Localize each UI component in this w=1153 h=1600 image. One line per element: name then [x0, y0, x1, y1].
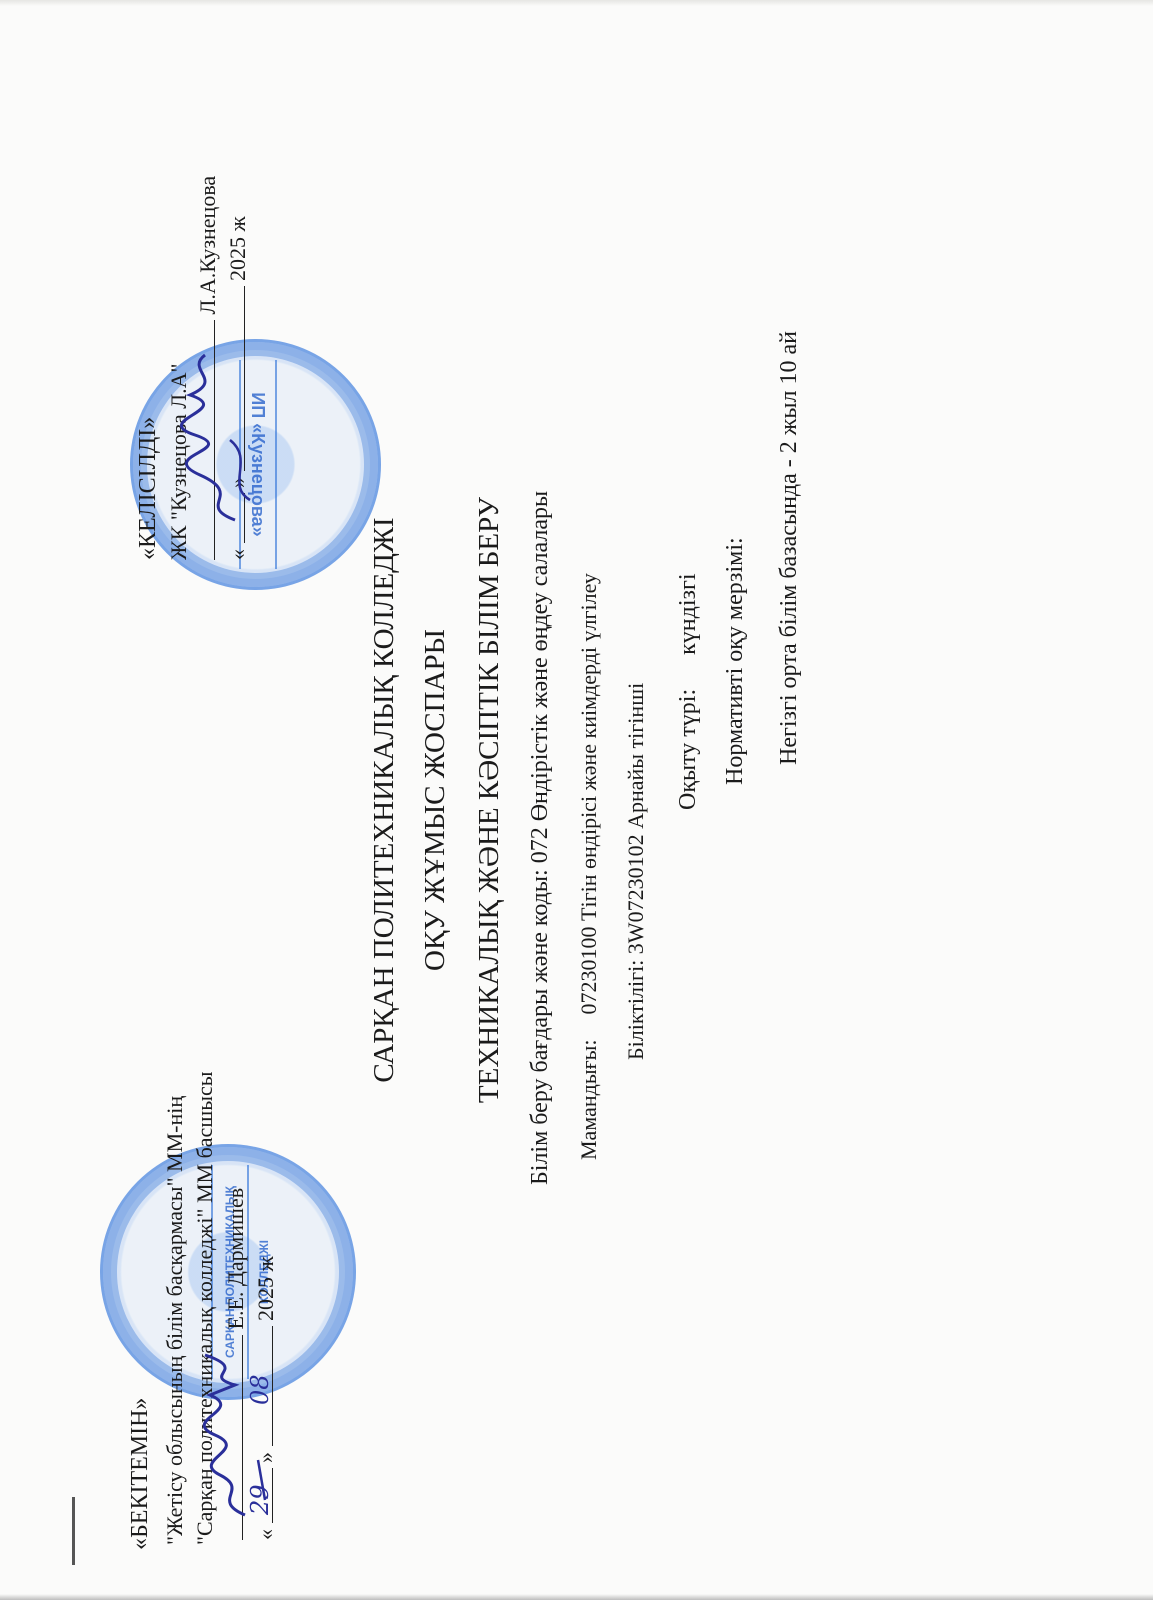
qualification-line: Біліктілігі: 3W07230102 Арнайы тігінші: [625, 683, 647, 1060]
study-form-label: Оқыту түрі:: [675, 689, 701, 810]
scanned-page: САРҚАН ПОЛИТЕХНИКАЛЫҚ КОЛЛЕДЖІ ИП «Кузне…: [0, 0, 1153, 1600]
approval-signatory: Е.Е. Дармишев: [223, 1188, 248, 1330]
handwritten-day: 29: [246, 1484, 274, 1516]
qualification-value: 3W07230102 Арнайы тігінші: [623, 683, 648, 954]
agreement-signature-icon: [165, 330, 255, 530]
study-form-value: күндізгі: [675, 574, 701, 655]
duration-label: Нормативті оқу мерзімі:: [723, 537, 747, 785]
specialty-label: Мамандығы:: [576, 1039, 601, 1160]
specialty-value: 07230100 Тігін өндірісі және киімдерді ү…: [576, 573, 601, 1014]
date-year: 2025 ж: [225, 216, 250, 281]
handwritten-month: 08: [246, 1374, 274, 1405]
program-value: 072 Өндірістік және өңдеу салалары: [527, 491, 553, 863]
date-year: 2025 ж: [253, 1256, 278, 1321]
qualification-label: Біліктілігі:: [623, 960, 648, 1060]
date-open-quote: «: [253, 1529, 278, 1540]
approval-heading: «БЕКІТЕМІН»: [128, 1398, 152, 1550]
education-level-title: ТЕХНИКАЛЫҚ ЖӘНЕ КӘСІПТІК БІЛІМ БЕРУ: [475, 0, 504, 1600]
agreement-signatory: Л.А.Кузнецова: [195, 176, 220, 315]
approval-date-handwritten-icon: 29 08: [240, 1325, 280, 1525]
document-title: ОҚУ ЖҰМЫС ЖОСПАРЫ: [421, 0, 450, 1600]
rotated-document: САРҚАН ПОЛИТЕХНИКАЛЫҚ КОЛЛЕДЖІ ИП «Кузне…: [0, 0, 1153, 1600]
institution-title: САРҚАН ПОЛИТЕХНИКАЛЫҚ КОЛЛЕДЖІ: [370, 0, 399, 1600]
duration-value: Негізгі орта білім базасында - 2 жыл 10 …: [777, 331, 801, 765]
specialty-line: Мамандығы: 07230100 Тігін өндірісі және …: [578, 573, 600, 1160]
approval-line-1: "Жетісу облысының білім басқармасы" ММ-н…: [164, 1096, 186, 1545]
study-form-line: Оқыту түрі: күндізгі: [676, 574, 700, 811]
program-label: Білім беру бағдары және коды:: [527, 869, 553, 1185]
date-open-quote: «: [225, 549, 250, 560]
agreement-heading: «КЕЛІСІЛДІ»: [136, 417, 160, 560]
program-line: Білім беру бағдары және коды: 072 Өндірі…: [528, 491, 552, 1185]
